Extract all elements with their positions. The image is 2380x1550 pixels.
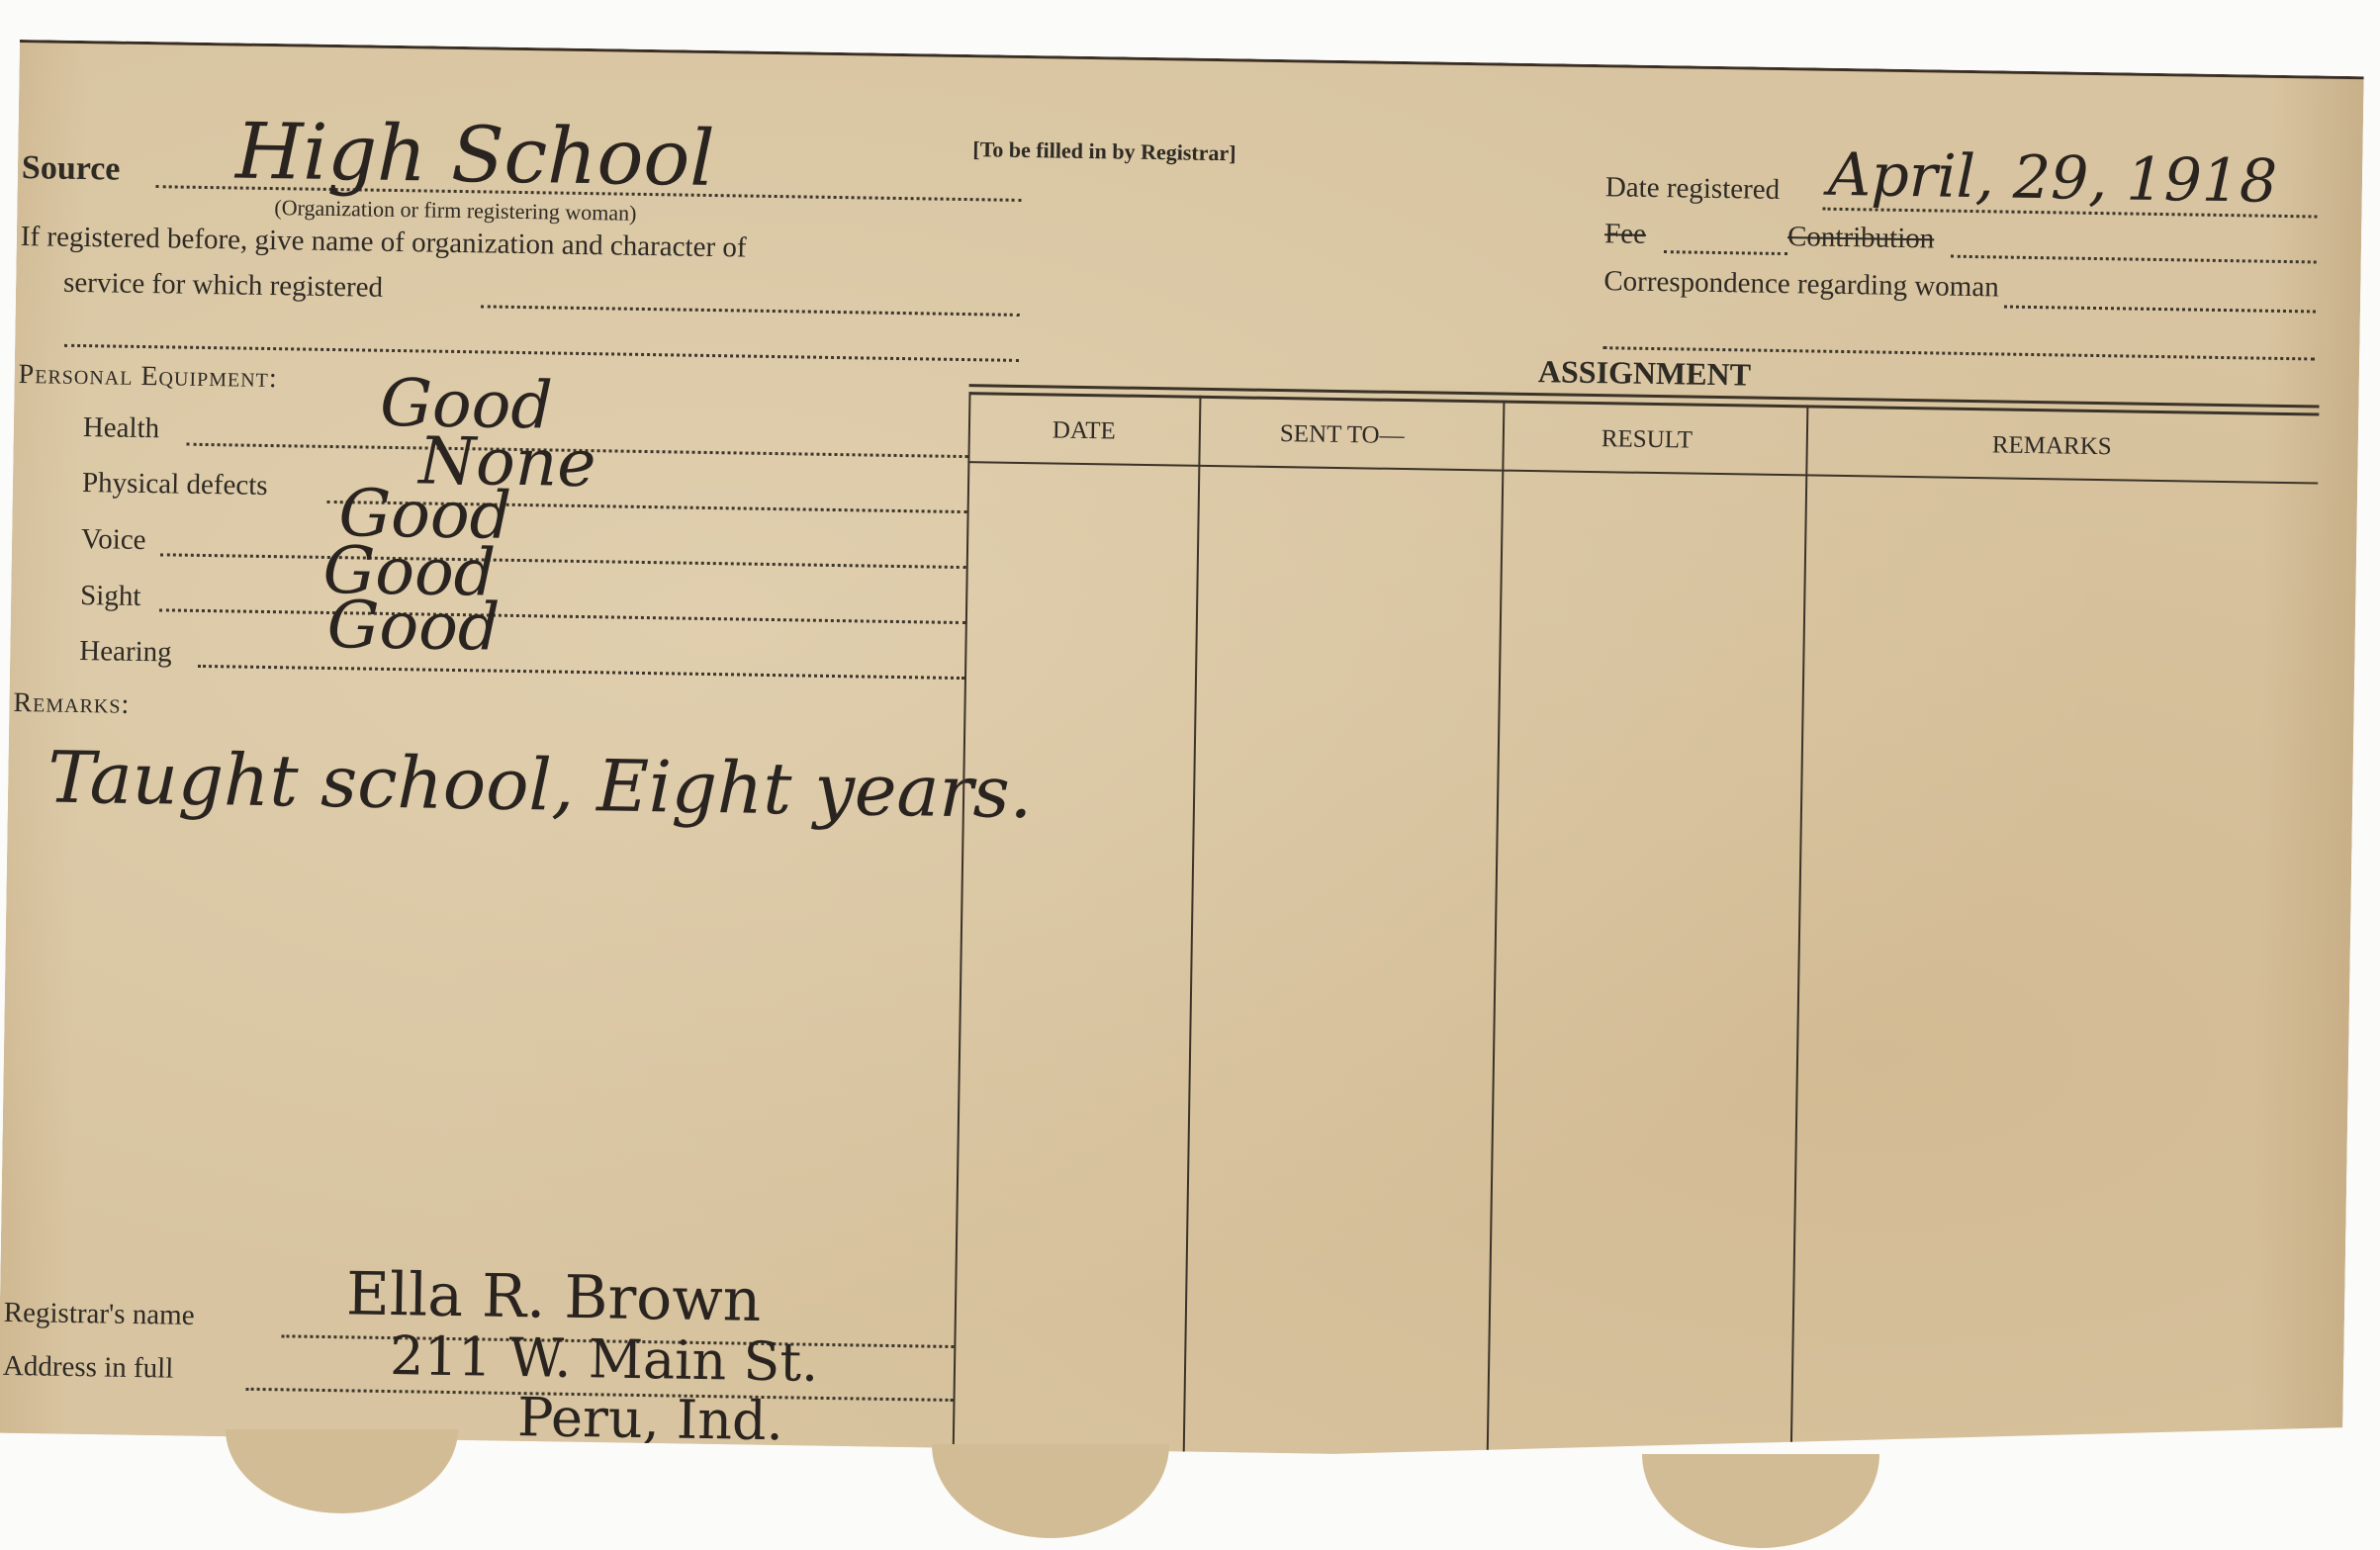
card-tab-right — [1642, 1454, 1879, 1548]
card-tab-left — [226, 1429, 458, 1513]
assignment-column-divider-2 — [1486, 401, 1505, 1469]
remarks-value[interactable]: Taught school, Eight years. — [47, 736, 1034, 835]
date-registered-label: Date registered — [1605, 171, 1781, 207]
contribution-line — [1951, 255, 2317, 264]
correspondence-line — [2004, 306, 2316, 314]
registrar-note: [To be filled in by Registrar] — [972, 137, 1236, 166]
registrar-name-label: Registrar's name — [4, 1297, 195, 1332]
previous-registration-line1: If registered before, give name of organ… — [21, 221, 747, 265]
source-value[interactable]: High School — [235, 107, 716, 204]
assignment-column-divider-3 — [1789, 405, 1808, 1473]
previous-registration-line2: service for which registered — [63, 267, 383, 305]
assignment-header-rule — [967, 461, 2318, 484]
source-caption: (Organization or firm registering woman) — [274, 195, 637, 227]
column-header-sent-to: SENT TO— — [1280, 420, 1405, 450]
column-header-remarks: REMARKS — [1992, 431, 2112, 461]
voice-label: Voice — [81, 523, 146, 557]
sight-line — [159, 608, 965, 624]
assignment-column-divider-1 — [1183, 396, 1202, 1464]
fee-label: Fee — [1604, 218, 1646, 251]
column-header-result: RESULT — [1602, 425, 1693, 454]
hearing-line — [198, 665, 964, 680]
assignment-table-border-left — [953, 392, 971, 1460]
date-registered-value[interactable]: April, 29, 1918 — [1828, 140, 2278, 217]
column-header-date: DATE — [1053, 416, 1116, 445]
contribution-label: Contribution — [1787, 221, 1935, 255]
fee-line — [1664, 250, 1787, 255]
health-label: Health — [83, 411, 160, 445]
hearing-value[interactable]: Good — [326, 587, 501, 666]
address-line-2 — [47, 1438, 953, 1455]
remarks-heading: Remarks: — [13, 687, 130, 721]
correspondence-label: Correspondence regarding woman — [1603, 265, 1999, 304]
address-line1-value[interactable]: 211 W. Main St. — [390, 1324, 819, 1394]
registration-card: [To be filled in by Registrar] Source Hi… — [0, 40, 2364, 1484]
physical-defects-label: Physical defects — [82, 467, 268, 502]
previous-registration-line — [481, 305, 1020, 317]
voice-line — [160, 553, 966, 569]
sight-label: Sight — [80, 580, 141, 613]
address-line2-value[interactable]: Peru, Ind. — [517, 1386, 784, 1452]
personal-equipment-heading: Personal Equipment: — [18, 359, 277, 395]
hearing-label: Hearing — [79, 635, 172, 669]
card-tab-middle — [932, 1444, 1169, 1538]
assignment-title: ASSIGNMENT — [1538, 353, 1752, 393]
address-label: Address in full — [3, 1350, 174, 1386]
previous-registration-line-2 — [64, 344, 1019, 362]
source-label: Source — [22, 149, 121, 189]
